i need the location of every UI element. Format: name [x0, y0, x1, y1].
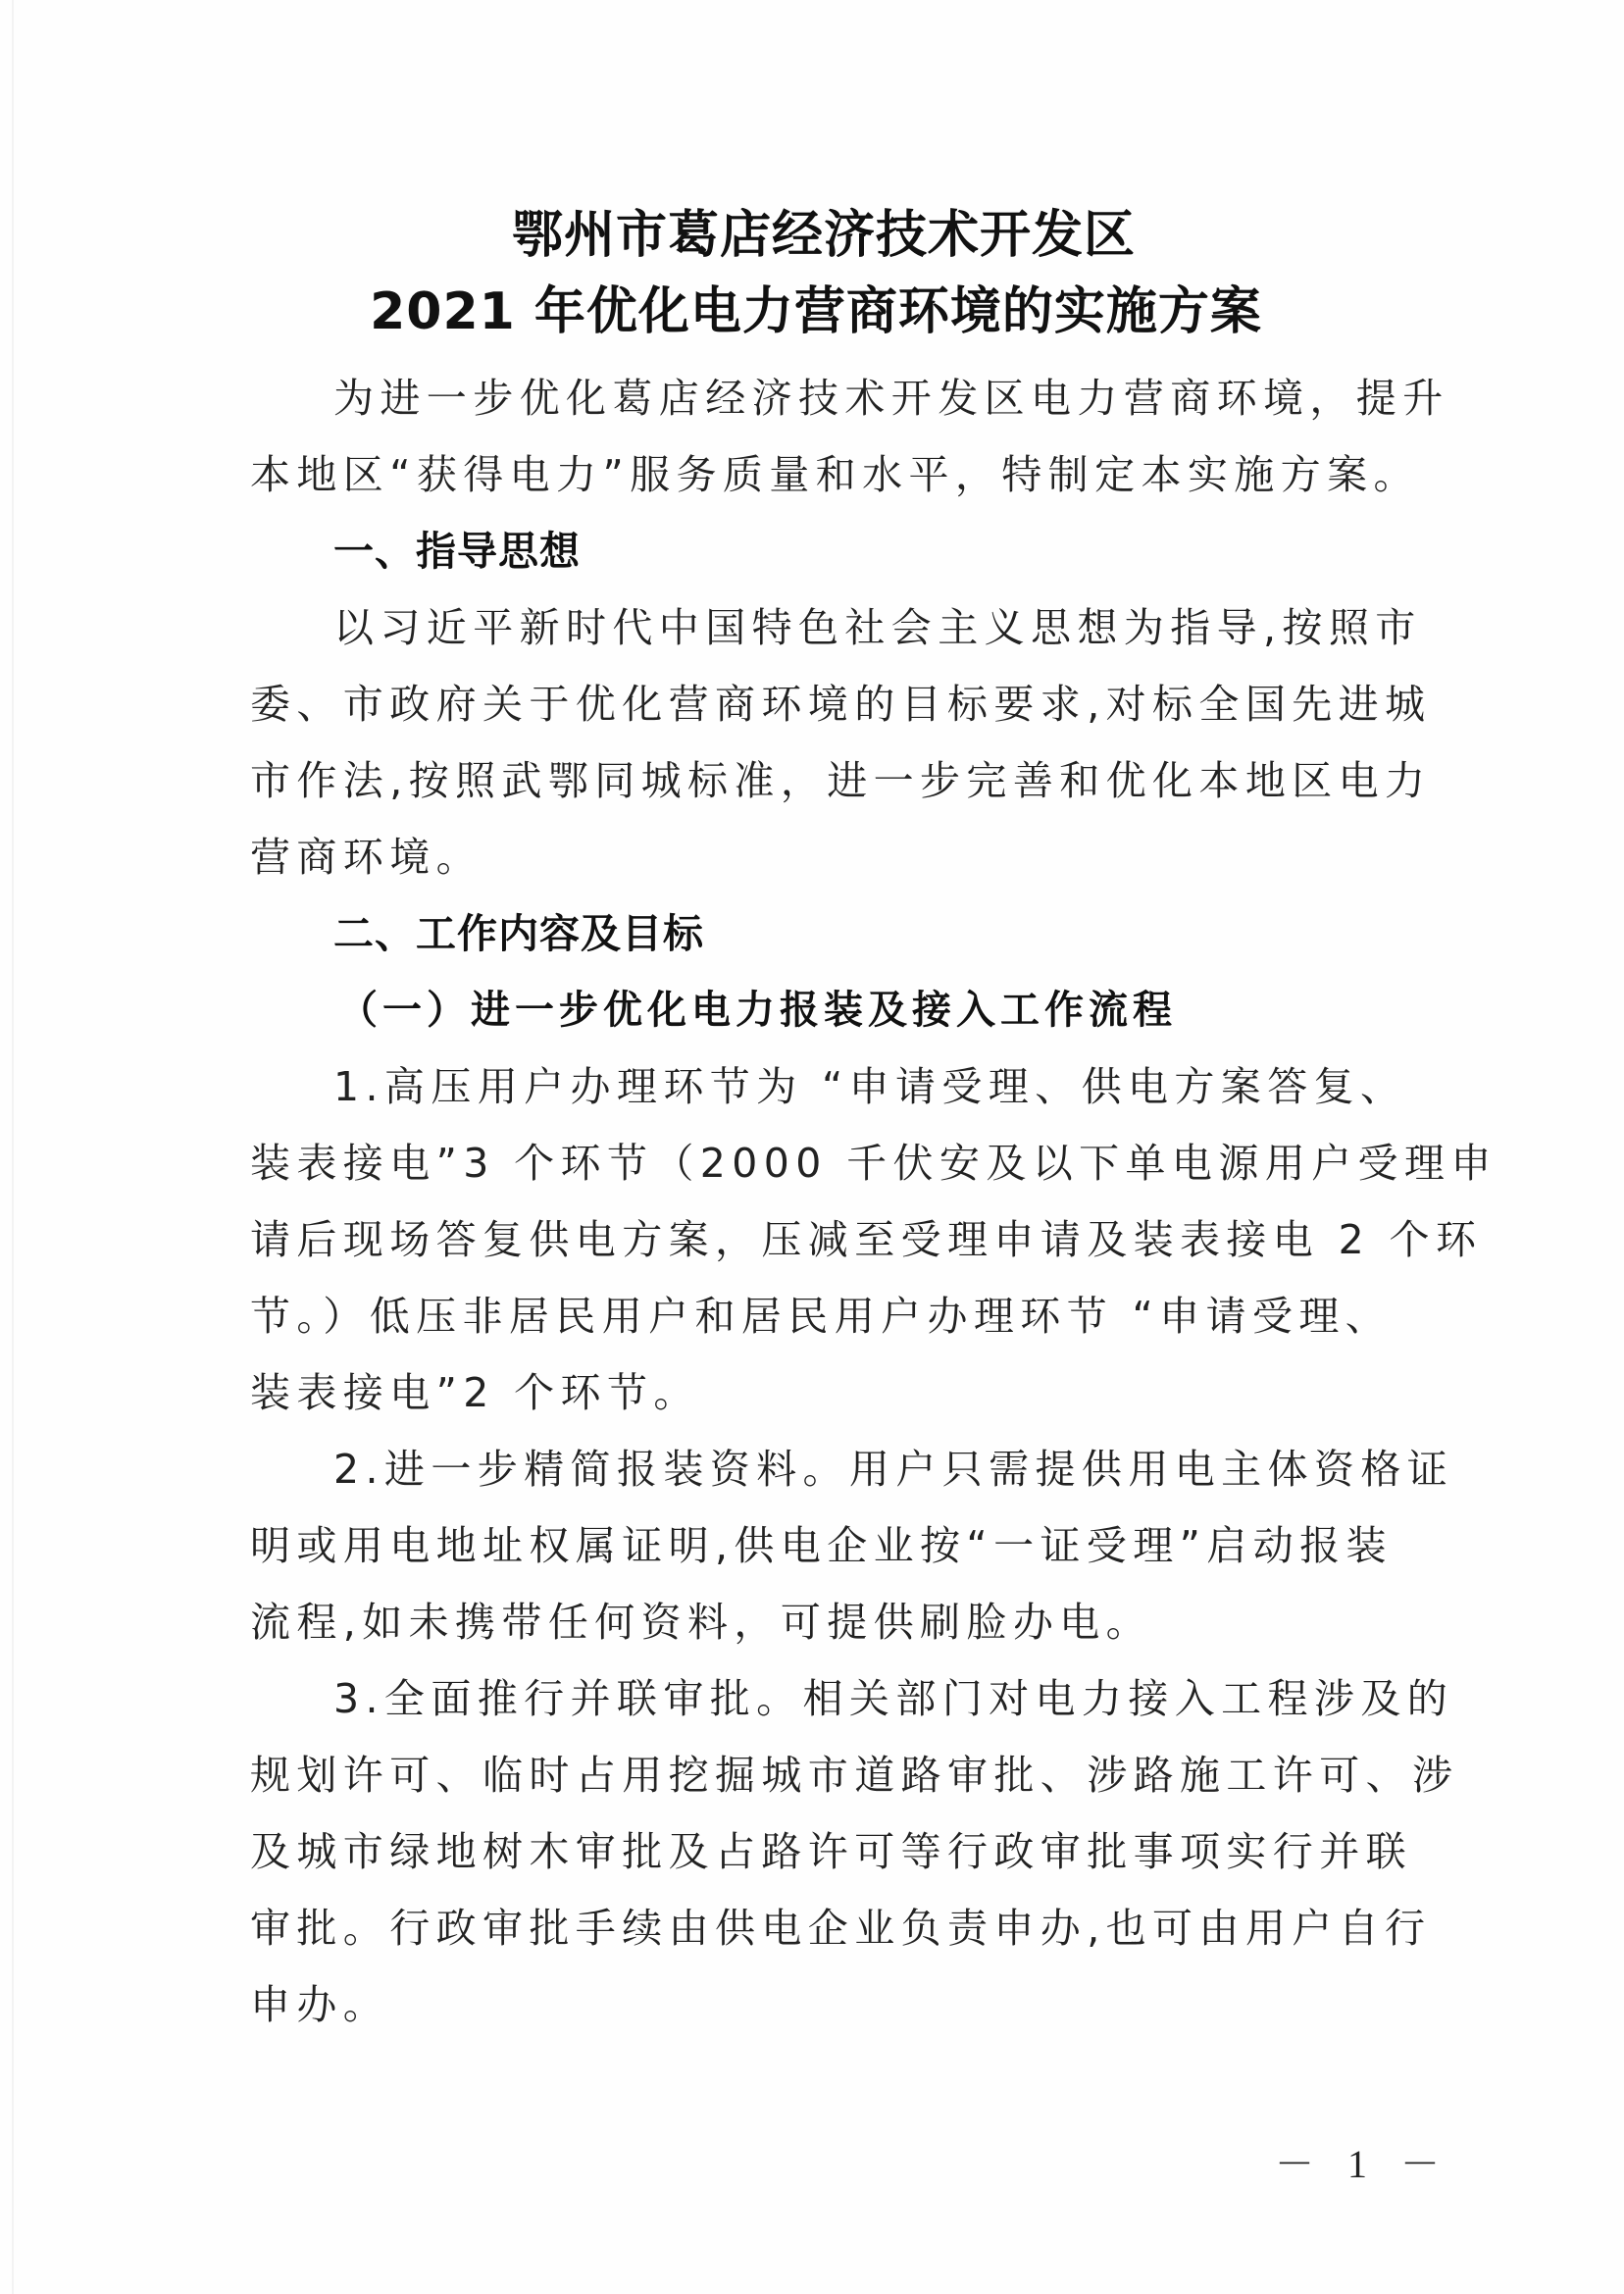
intro-line: 为进一步优化葛店经济技术开发区电力营商环境，提升 [333, 373, 1393, 424]
section-heading-work-content: 二、工作内容及目标 [333, 908, 704, 959]
scan-edge-artifact [12, 0, 14, 2294]
paragraph-line: 委、市政府关于优化营商环境的目标要求,对标全国先进城 [250, 679, 1393, 730]
item-1-line: 请后现场答复供电方案，压减至受理申请及装表接电 2 个环 [250, 1214, 1393, 1265]
paragraph-line: 营商环境。 [250, 832, 1393, 883]
item-1-line: 装表接电”2 个环节。 [250, 1367, 1393, 1418]
item-1-line: 装表接电”3 个环节（2000 千伏安及以下单电源用户受理申 [250, 1138, 1393, 1189]
item-3-line: 及城市绿地树木审批及占路许可等行政审批事项实行并联 [250, 1826, 1393, 1877]
item-3-line: 3.全面推行并联审批。相关部门对电力接入工程涉及的 [333, 1673, 1393, 1724]
document-page: 鄂州市葛店经济技术开发区 2021 年优化电力营商环境的实施方案 为进一步优化葛… [0, 0, 1624, 2294]
subsection-heading-optimize-process: （一）进一步优化电力报装及接入工作流程 [338, 985, 1177, 1036]
item-3-line: 规划许可、临时占用挖掘城市道路审批、涉路施工许可、涉 [250, 1750, 1393, 1801]
paragraph-line: 市作法,按照武鄂同城标准，进一步完善和优化本地区电力 [250, 755, 1393, 806]
item-1-line: 节。）低压非居民用户和居民用户办理环节 “申请受理、 [250, 1291, 1393, 1342]
section-heading-guiding-ideology: 一、指导思想 [333, 526, 581, 577]
intro-line: 本地区“获得电力”服务质量和水平，特制定本实施方案。 [250, 449, 1393, 500]
page-number: － 1 － [1275, 2133, 1451, 2189]
item-1-line: 1.高压用户办理环节为 “申请受理、供电方案答复、 [333, 1061, 1393, 1112]
item-3-line: 审批。行政审批手续由供电企业负责申办,也可由用户自行 [250, 1903, 1393, 1954]
document-title-line-1: 鄂州市葛店经济技术开发区 [12, 206, 1624, 265]
item-2-line: 明或用电地址权属证明,供电企业按“一证受理”启动报装 [250, 1520, 1393, 1571]
paragraph-line: 以习近平新时代中国特色社会主义思想为指导,按照市 [333, 602, 1393, 653]
document-title-line-2: 2021 年优化电力营商环境的实施方案 [4, 282, 1624, 341]
item-2-line: 2.进一步精简报装资料。用户只需提供用电主体资格证 [333, 1444, 1393, 1495]
item-3-line: 申办。 [250, 1979, 1393, 2030]
item-2-line: 流程,如未携带任何资料，可提供刷脸办电。 [250, 1597, 1393, 1648]
